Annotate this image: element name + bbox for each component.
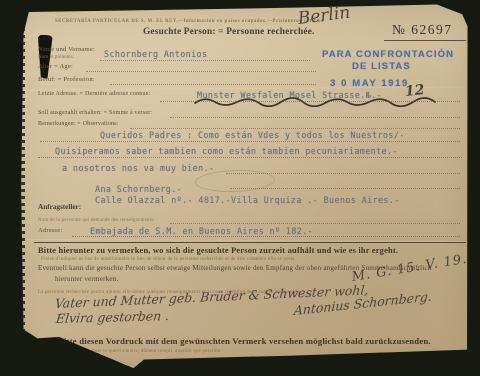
perforated-edge (19, 14, 25, 344)
ruled-line (38, 157, 462, 158)
name-label: Name und Vorname: (38, 46, 95, 53)
last-address-label: Letzte Adresse. = Dernière adresse connu… (38, 91, 150, 97)
date-stamp: 3 0 MAY 1919 (330, 78, 409, 89)
ruled-line (170, 117, 460, 118)
section-divider (34, 242, 466, 243)
name-value: Schornberg Antonios (104, 49, 207, 59)
profession-label: Beruf: = Profession: (38, 76, 95, 83)
reply-note-line2: hierunter vermerken. (55, 275, 118, 283)
return-note-bold: Bitte diesen Vordruck mit dem gewünschte… (58, 336, 431, 346)
requester-sublabel: Nom de la personne qui demande des rense… (38, 218, 155, 223)
ruled-line (170, 223, 460, 224)
ruled-line (40, 141, 460, 142)
locate-note-small: Prière d'indiquer au bas du questionnair… (41, 257, 296, 262)
handwritten-reply-line2: Elvira gestorben . (55, 308, 170, 326)
ruled-line (230, 188, 460, 189)
form-paper: SECRETARÍA PARTICULAR DE S. M. EL REY.—I… (0, 0, 480, 376)
ruled-line (86, 71, 316, 72)
secretaria-header: SECRETARÍA PARTICULAR DE S. M. EL REY.—I… (55, 19, 324, 24)
confrontacion-stamp-line1: PARA CONFRONTACIÓN (322, 49, 454, 60)
scanned-document-page: { "header": { "secretaria": "SECRETARÍA … (0, 0, 480, 376)
handwritten-city: Berlin (297, 3, 352, 29)
confrontacion-stamp-line2: DE LISTAS (352, 61, 411, 72)
form-title: Gesuchte Person: = Personne recherchée. (143, 27, 315, 37)
remarks-line-1: Queridos Padres : Como están Vdes y todo… (100, 130, 405, 140)
ruled-line (160, 101, 460, 102)
name-sublabel: Nom et prénoms: (38, 55, 74, 60)
requester-address-value: Embajada de S.M. en Buenos Aires nº 182.… (90, 226, 313, 236)
handwritten-date: M. G. 15. V. 19. (351, 252, 469, 285)
age-label: Alter = Age: (38, 63, 73, 70)
number-underline (384, 40, 466, 41)
ruled-line (130, 128, 460, 129)
return-note-small: Prière de retourner le questionnaire, dû… (61, 349, 222, 354)
handwritten-underline (193, 97, 461, 107)
remarks-label: Bemerkungen: = Observations: (38, 121, 119, 127)
ruled-line (100, 60, 310, 61)
sum-label: Soll ausgezahlt erhalten: = Somme à vers… (38, 110, 152, 116)
requester-address-label: Adresse: (38, 227, 62, 234)
locate-note-bold: Bitte hierunter zu vermerken, wo sich di… (38, 246, 398, 255)
ruled-line (72, 236, 460, 237)
requester-label: Anfragsteller: (38, 203, 81, 211)
remarks-line-3: a nosotros nos va muy bien.- (62, 163, 214, 173)
document-number: № 62697 (392, 22, 453, 38)
ruled-line (110, 84, 316, 85)
sender-name: Ana Schornberg.- (95, 184, 182, 194)
remarks-line-2: Quisiperamos saber tambien como están ta… (55, 146, 398, 156)
sender-address: Calle Olazzal nº.- 4817.-Villa Urquiza .… (95, 195, 400, 205)
